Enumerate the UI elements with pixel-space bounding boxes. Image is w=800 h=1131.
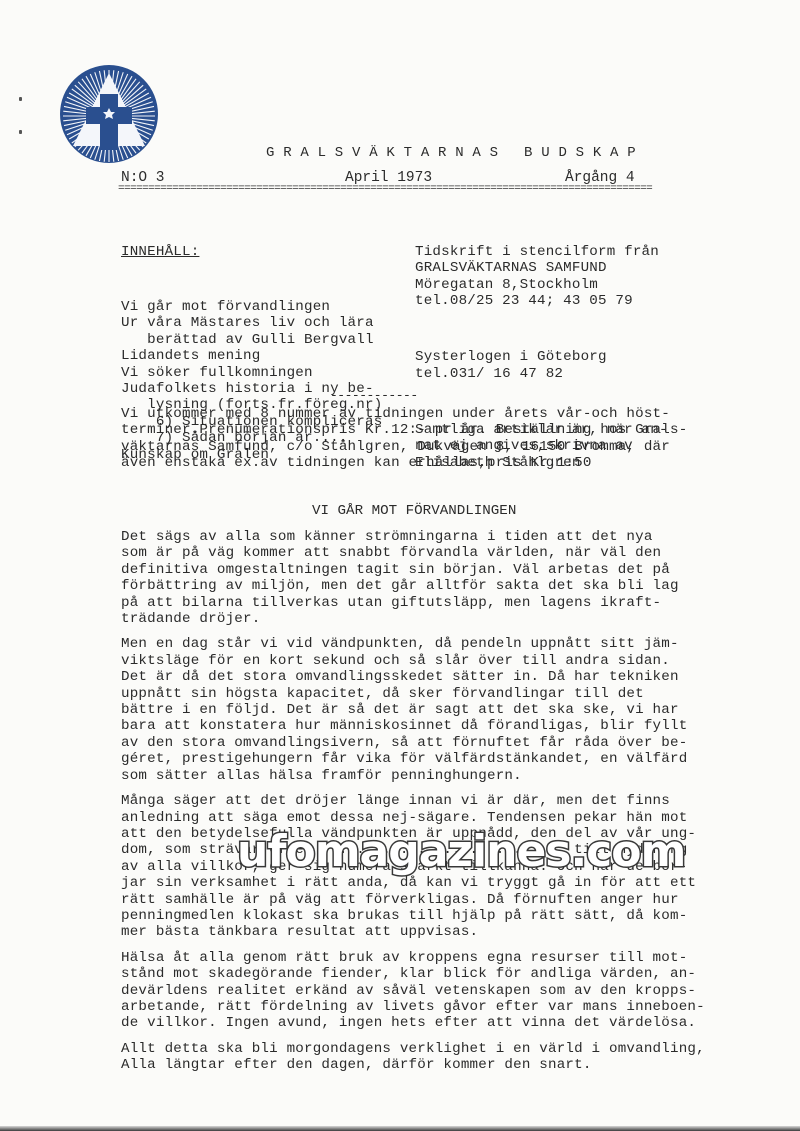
article-line: av den stora omvandlingsivern, så att fö… bbox=[121, 735, 705, 751]
toc-item: Lidandets mening bbox=[121, 348, 382, 364]
subscription-info: Vi utkommer med 8 nummer av tidningen un… bbox=[121, 406, 687, 472]
article-line: stånd mot skadegörande fiender, klar bli… bbox=[121, 966, 705, 982]
newsletter-title: G R A L S V Ä K T A R N A S B U D S K A … bbox=[266, 145, 636, 161]
subscription-line: Vi utkommer med 8 nummer av tidningen un… bbox=[121, 406, 687, 422]
article-line: Det är då det stora omvandlingsskedet sä… bbox=[121, 669, 705, 685]
info-line: Tidskrift i stencilform från bbox=[415, 244, 668, 260]
article-line: viktsläge för en kort sekund och så slår… bbox=[121, 653, 705, 669]
article-line: jar sin verksamhet i rätt anda, då kan v… bbox=[121, 875, 705, 891]
article-line: géret, prestigehungern får vika för välf… bbox=[121, 751, 705, 767]
article-line: arbetande, rätt fördelning av livets gåv… bbox=[121, 999, 705, 1015]
info-line: Möregatan 8,Stockholm bbox=[415, 277, 668, 293]
article-title: VI GÅR MOT FÖRVANDLINGEN bbox=[312, 503, 516, 519]
article-line: mer bästa tänkbara resultat att uppvisas… bbox=[121, 924, 705, 940]
publisher-address: Tidskrift i stencilform frånGRALSVÄKTARN… bbox=[415, 244, 668, 310]
article-line: penningmedlen klokast ska brukas till hj… bbox=[121, 908, 705, 924]
punch-mark bbox=[19, 130, 22, 134]
grail-guardians-emblem-icon bbox=[59, 64, 159, 164]
article-line: förbättring av miljön, men det går alltf… bbox=[121, 578, 705, 594]
article-line: de villkor. Ingen avund, ingen hets efte… bbox=[121, 1015, 705, 1031]
article-line: trädande dröjer. bbox=[121, 611, 705, 627]
article-line: bara att konstatera hur människosinnet d… bbox=[121, 718, 705, 734]
section-separator: ------------ bbox=[330, 388, 418, 403]
article-line: uppnått sin högsta kapacitet, då sker fö… bbox=[121, 686, 705, 702]
toc-heading: INNEHÅLL: bbox=[121, 244, 382, 260]
punch-mark bbox=[19, 97, 22, 101]
newsletter-page: G R A L S V Ä K T A R N A S B U D S K A … bbox=[0, 0, 800, 1131]
subscription-line: även enstaka ex.av tidningen kan erhålla… bbox=[121, 455, 687, 471]
article-paragraph: Det sägs av alla som känner strömningarn… bbox=[121, 529, 705, 627]
subscription-line: väktarnas Samfund, c/o Ståhlgren, Dukväg… bbox=[121, 439, 687, 455]
article-paragraph: Hälsa åt alla genom rätt bruk av kroppen… bbox=[121, 950, 705, 1032]
article-line: Alla längtar efter den dagen, därför kom… bbox=[121, 1057, 705, 1073]
article-line: Det sägs av alla som känner strömningarn… bbox=[121, 529, 705, 545]
article-line: bättre i en följd. Det är så det är sagt… bbox=[121, 702, 705, 718]
branch-contact: Systerlogen i Göteborgtel.031/ 16 47 82 bbox=[415, 349, 668, 382]
article-line: Allt detta ska bli morgondagens verkligh… bbox=[121, 1041, 705, 1057]
article-paragraph: Men en dag står vi vid vändpunkten, då p… bbox=[121, 636, 705, 784]
article-line: som är på väg kommer att snabbt förvandl… bbox=[121, 545, 705, 561]
info-line: tel.031/ 16 47 82 bbox=[415, 366, 668, 382]
subscription-line: terminer.Prenumerationspris Kr.12:- pr å… bbox=[121, 422, 687, 438]
toc-item: Vi går mot förvandlingen bbox=[121, 299, 382, 315]
header-rule: ========================================… bbox=[118, 184, 693, 194]
watermark: ufomagazines.com bbox=[237, 826, 685, 877]
article-line: Hälsa åt alla genom rätt bruk av kroppen… bbox=[121, 950, 705, 966]
toc-item: Ur våra Mästares liv och lära bbox=[121, 315, 382, 331]
article-line: Många säger att det dröjer länge innan v… bbox=[121, 793, 705, 809]
article-line: som sätter allas hälsa framför penninghu… bbox=[121, 768, 705, 784]
toc-item: Vi söker fullkomningen bbox=[121, 365, 382, 381]
article-line: devärldens realitet erkänd av såväl vete… bbox=[121, 983, 705, 999]
info-line: GRALSVÄKTARNAS SAMFUND bbox=[415, 260, 668, 276]
info-line: Systerlogen i Göteborg bbox=[415, 349, 668, 365]
toc-item: berättad av Gulli Bergvall bbox=[121, 332, 382, 348]
article-paragraph: Allt detta ska bli morgondagens verkligh… bbox=[121, 1041, 705, 1074]
article-line: anledning att säga emot dessa nej-sägare… bbox=[121, 810, 705, 826]
article-line: Men en dag står vi vid vändpunkten, då p… bbox=[121, 636, 705, 652]
article-line: rätt samhälle är på väg att förverkligas… bbox=[121, 892, 705, 908]
scan-edge bbox=[0, 1126, 800, 1131]
article-line: definitiva omgestaltningen tagit sin bör… bbox=[121, 562, 705, 578]
article-body: Det sägs av alla som känner strömningarn… bbox=[121, 529, 705, 1083]
info-line: tel.08/25 23 44; 43 05 79 bbox=[415, 293, 668, 309]
article-line: på att bilarna tillverkas utan giftutslä… bbox=[121, 595, 705, 611]
